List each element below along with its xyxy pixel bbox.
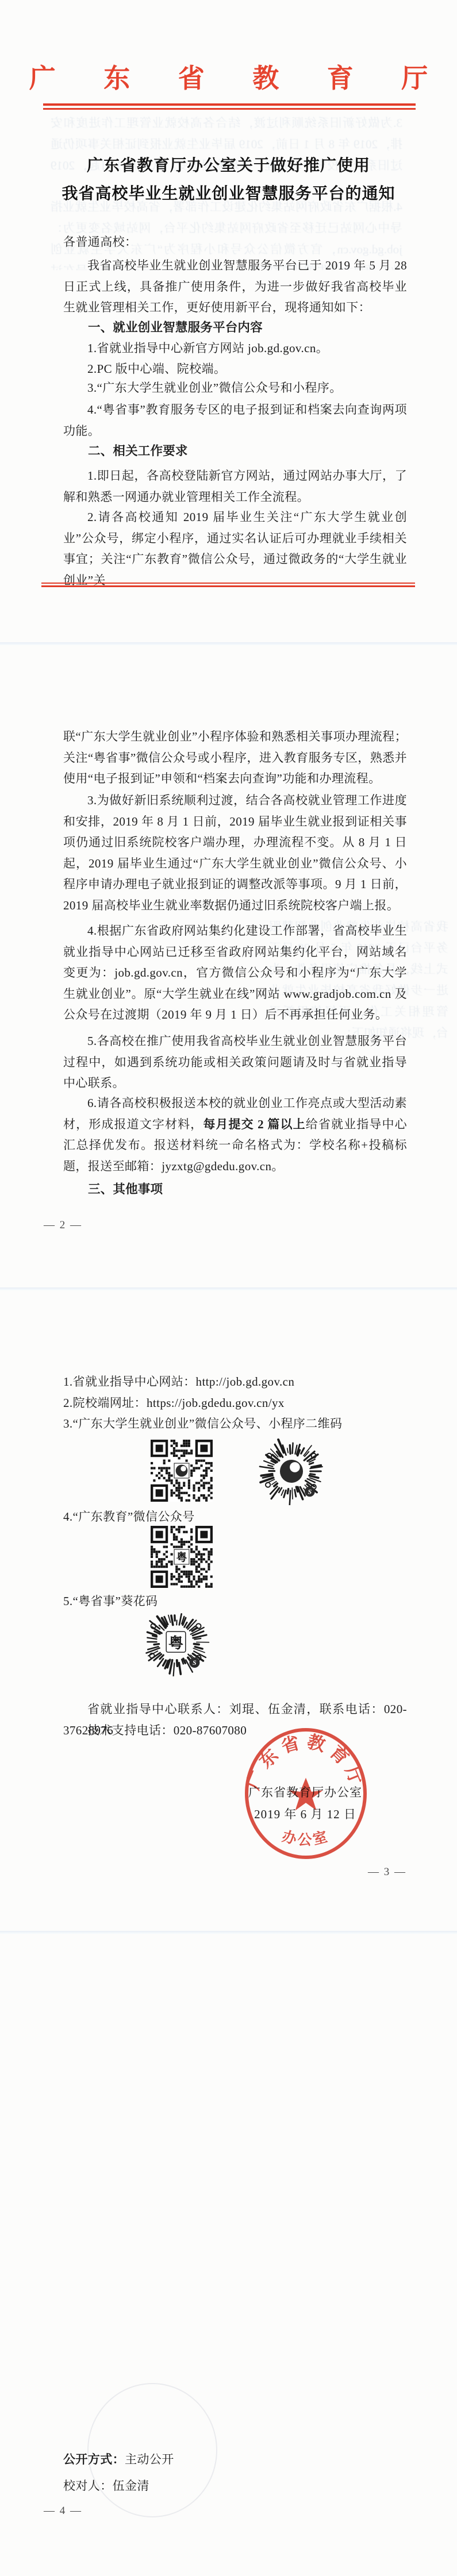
section1-item-2: 2.PC 版中心端、院校端。	[63, 358, 407, 380]
section2-item-6: 6.请各高校积极报送本校的就业创业工作亮点或大型活动素材，形成报道文字材料，每月…	[63, 1093, 407, 1177]
sunflower-code-yueshengshi: 粤S	[141, 1607, 210, 1676]
section2-item-2-continued: 联“广东大学生就业创业”小程序体验和熟悉相关事项办理流程；关注“粤省事”微信公众…	[63, 726, 407, 789]
disclosure-label: 公开方式：	[63, 2453, 125, 2466]
page-number-2: — 2 —	[44, 1219, 82, 1232]
notice-title-line2: 我省高校毕业生就业创业智慧服务平台的通知	[0, 181, 457, 204]
miniprogram-sunflower-code-jobs: S	[258, 1437, 325, 1505]
other-item-1: 1.省就业指导中心网站：http://job.gd.gov.cn	[63, 1371, 407, 1393]
qr-code-jobs-wechat-account	[151, 1440, 213, 1502]
page-number-4: — 4 —	[44, 2505, 82, 2517]
page-boundary-1-2	[0, 642, 457, 645]
page-boundary-2-3	[0, 1287, 457, 1290]
section2-item-4: 4.根据广东省政府网站集约化建设工作部署，省高校毕业生就业指导中心网站已迁移至省…	[63, 920, 407, 1025]
section2-item-1: 1.即日起，各高校登陆新官方网站，通过网站办事大厅，了解和熟悉一网通办就业管理相…	[63, 465, 407, 507]
disclosure-line: 公开方式：主动公开	[63, 2449, 407, 2471]
red-separator-rule	[43, 103, 416, 110]
seal-bottom-text: 办公室	[281, 1828, 331, 1848]
svg-text:粤: 粤	[168, 1634, 183, 1652]
svg-text:办公室: 办公室	[281, 1828, 331, 1848]
official-seal: 广东省教育厅 办公室	[241, 1725, 371, 1862]
seal-star-icon	[289, 1778, 323, 1811]
notice-title-line1: 广东省教育厅办公室关于做好推广使用	[0, 153, 457, 176]
other-item-3: 3.“广东大学生就业创业”微信公众号、小程序二维码	[63, 1413, 407, 1434]
page-boundary-3-4	[0, 1931, 457, 1934]
scanned-document: 3.为做好新旧系统顺利过渡，结合各高校就业管理工作进度和安排，2019 年 8 …	[0, 0, 457, 2576]
section-3-heading: 三、其他事项	[63, 1179, 407, 1200]
section2-item-6-bold: 每月提交 2 篇以上	[203, 1117, 305, 1131]
svg-text:S: S	[308, 1488, 312, 1496]
page1-bottom-red-rule	[41, 583, 415, 587]
svg-text:粤: 粤	[176, 1551, 187, 1564]
page-number-3: — 3 —	[368, 1866, 406, 1879]
section2-item-2: 2.请各高校通知 2019 届毕业生关注“广东大学生就业创业”公众号，绑定小程序…	[63, 507, 407, 591]
section-2-heading: 二、相关工作要求	[63, 441, 407, 462]
svg-text:S: S	[193, 1659, 197, 1667]
section1-item-1: 1.省就业指导中心新官方网站 job.gd.gov.cn。	[63, 338, 407, 359]
other-item-2: 2.院校端网址：https://job.gdedu.gov.cn/yx	[63, 1393, 407, 1414]
section2-item-3: 3.为做好新旧系统顺利过渡，结合各高校就业管理工作进度和安排，2019 年 8 …	[63, 790, 407, 916]
section-1-heading: 一、就业创业智慧服务平台内容	[63, 317, 407, 338]
section1-item-4: 4.“粤省事”教育服务专区的电子报到证和档案去向查询两项功能。	[63, 399, 407, 441]
section2-item-5: 5.各高校在推广使用我省高校毕业生就业创业智慧服务平台过程中，如遇到系统功能或相…	[63, 1031, 407, 1094]
other-item-5: 5.“粤省事”葵花码	[63, 1591, 407, 1612]
qr-code-guangdong-education: 粤	[151, 1526, 213, 1588]
disclosure-value: 主动公开	[125, 2452, 174, 2466]
section1-item-3: 3.“广东大学生就业创业”微信公众号和小程序。	[63, 377, 407, 399]
paragraph-intro: 我省高校毕业生就业创业智慧服务平台已于 2019 年 5 月 28 日正式上线，…	[63, 255, 407, 318]
other-item-4: 4.“广东教育”微信公众号	[63, 1506, 407, 1528]
proofreader-line: 校对人：伍金清	[63, 2475, 407, 2497]
org-header: 广 东 省 教 育 厅	[0, 57, 457, 95]
salutation: 各普通高校：	[63, 232, 407, 253]
